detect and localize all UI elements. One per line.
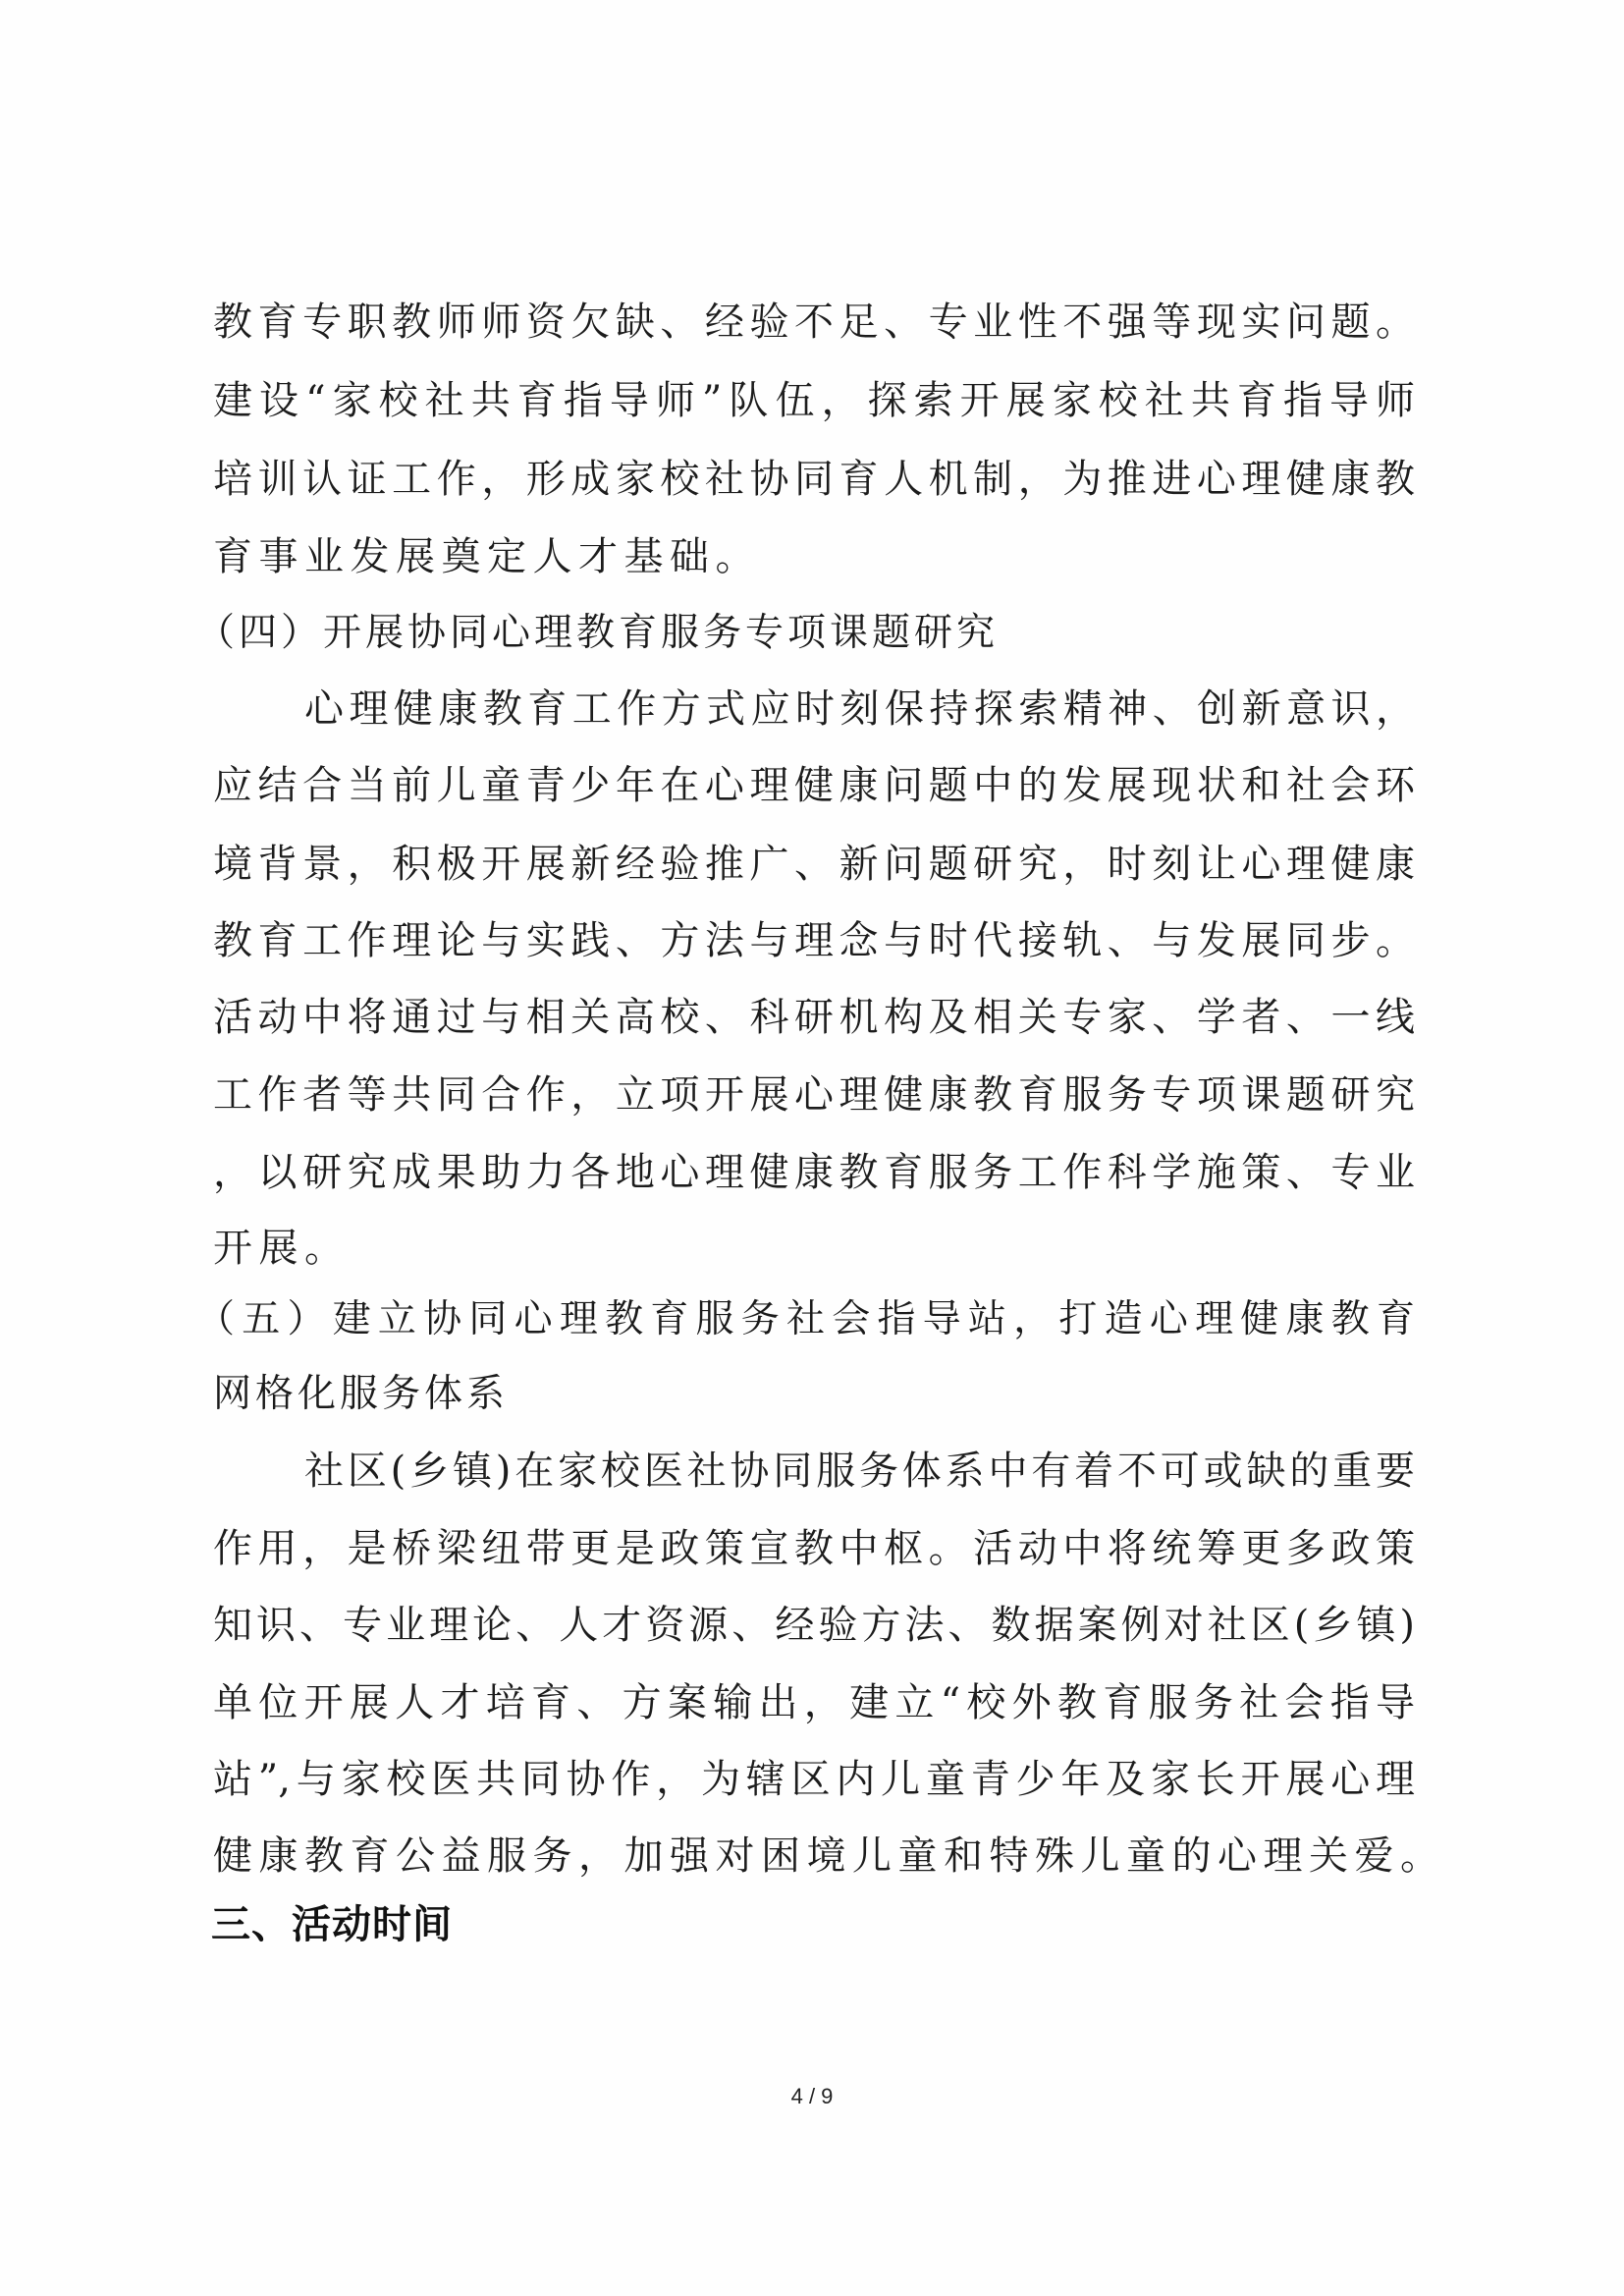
paragraph-line: 境背景，积极开展新经验推广、新问题研究，时刻让心理健康: [213, 841, 1415, 888]
subheading-four: （四）开展协同心理教育服务专项课题研究: [196, 610, 1415, 657]
paragraph-line: 社区(乡镇)在家校医社协同服务体系中有着不可或缺的重要: [304, 1448, 1415, 1495]
paragraph-line: 活动中将通过与相关高校、科研机构及相关专家、学者、一线: [213, 994, 1415, 1041]
paragraph-line: ，以研究成果助力各地心理健康教育服务工作科学施策、专业: [213, 1149, 1415, 1196]
subheading-five: （五）建立协同心理教育服务社会指导站，打造心理健康教育: [196, 1296, 1415, 1343]
paragraph-line: 教育专职教师师资欠缺、经验不足、专业性不强等现实问题。: [213, 299, 1415, 346]
paragraph-line: 育事业发展奠定人才基础。: [213, 533, 1415, 580]
paragraph-line: 心理健康教育工作方式应时刻保持探索精神、创新意识，: [304, 685, 1415, 733]
paragraph-line: 工作者等共同合作，立项开展心理健康教育服务专项课题研究: [213, 1071, 1415, 1119]
paragraph-line: 知识、专业理论、人才资源、经验方法、数据案例对社区(乡镇): [213, 1602, 1415, 1649]
subheading-five-continuation: 网格化服务体系: [213, 1371, 1415, 1418]
paragraph-line: 培训认证工作，形成家校社协同育人机制，为推进心理健康教: [213, 456, 1415, 503]
paragraph-line: 开展。: [213, 1225, 1415, 1272]
paragraph-line: 站”,与家校医共同协作，为辖区内儿童青少年及家长开展心理: [213, 1756, 1415, 1803]
paragraph-line: 作用，是桥梁纽带更是政策宣教中枢。活动中将统筹更多政策: [213, 1525, 1415, 1572]
paragraph-line: 应结合当前儿童青少年在心理健康问题中的发展现状和社会环: [213, 762, 1415, 809]
paragraph-line: 单位开展人才培育、方案输出，建立“校外教育服务社会指导: [213, 1679, 1415, 1726]
paragraph-line: 健康教育公益服务，加强对困境儿童和特殊儿童的心理关爱。: [213, 1832, 1415, 1880]
paragraph-line: 教育工作理论与实践、方法与理念与时代接轨、与发展同步。: [213, 917, 1415, 964]
section-heading-activity-time: 三、活动时间: [211, 1899, 453, 1950]
paragraph-line: 建设“家校社共育指导师”队伍，探索开展家校社共育指导师: [213, 377, 1415, 424]
document-page: 教育专职教师师资欠缺、经验不足、专业性不强等现实问题。 建设“家校社共育指导师”…: [0, 0, 1624, 2296]
page-number: 4 / 9: [763, 2084, 861, 2109]
